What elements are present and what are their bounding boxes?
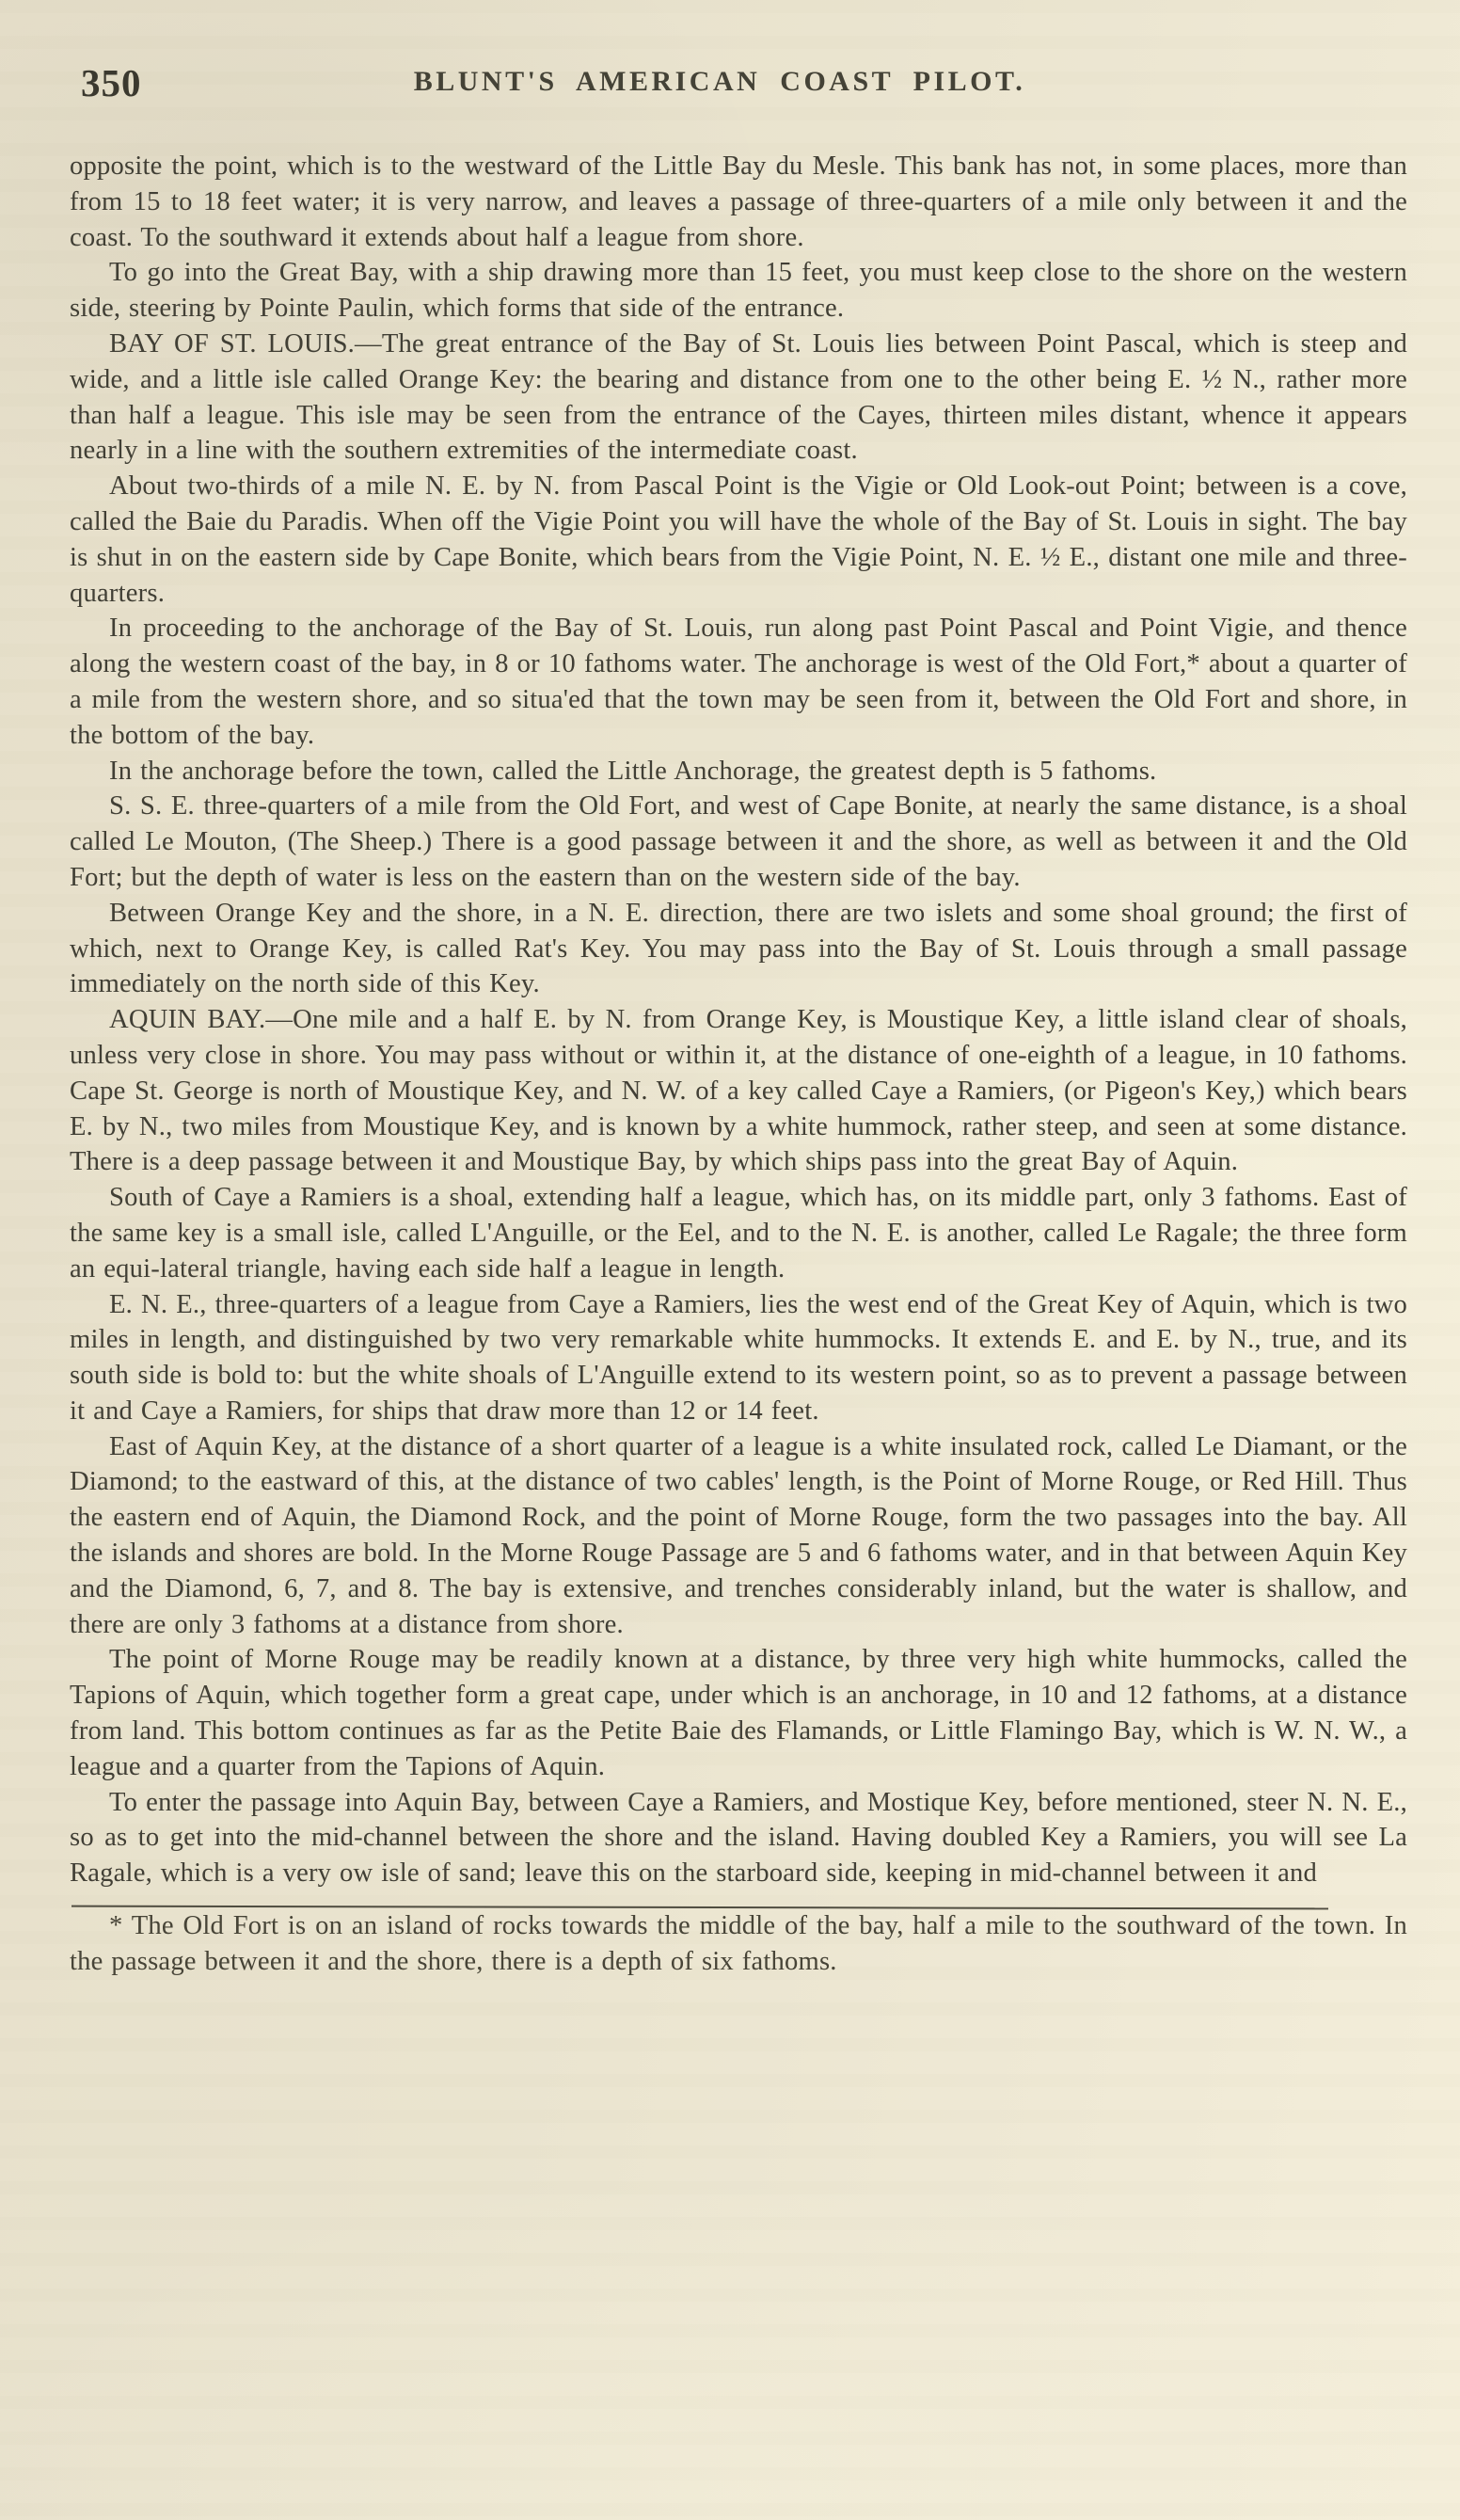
body-paragraph-10: South of Caye a Ramiers is a shoal, exte… bbox=[70, 1180, 1407, 1286]
body-paragraph-2: To go into the Great Bay, with a ship dr… bbox=[70, 255, 1407, 327]
body-paragraph-13: The point of Morne Rouge may be readily … bbox=[70, 1642, 1407, 1784]
body-paragraph-6: In the anchorage before the town, called… bbox=[70, 754, 1407, 789]
body-paragraph-9: AQUIN BAY.—One mile and a half E. by N. … bbox=[70, 1002, 1407, 1180]
body-paragraph-4: About two-thirds of a mile N. E. by N. f… bbox=[70, 469, 1407, 611]
body-paragraph-14: To enter the passage into Aquin Bay, bet… bbox=[70, 1785, 1407, 1891]
body-paragraph-7: S. S. E. three-quarters of a mile from t… bbox=[70, 789, 1407, 895]
page-body: opposite the point, which is to the west… bbox=[70, 149, 1407, 1980]
scanned-book-page: 350 BLUNT'S AMERICAN COAST PILOT. opposi… bbox=[0, 0, 1460, 2520]
body-paragraph-8: Between Orange Key and the shore, in a N… bbox=[70, 896, 1407, 1002]
body-paragraph-12: East of Aquin Key, at the distance of a … bbox=[70, 1429, 1407, 1643]
body-paragraph-5: In proceeding to the anchorage of the Ba… bbox=[70, 611, 1407, 753]
body-paragraph-1: opposite the point, which is to the west… bbox=[70, 149, 1407, 255]
page-header: 350 BLUNT'S AMERICAN COAST PILOT. bbox=[70, 55, 1407, 115]
body-paragraph-11: E. N. E., three-quarters of a league fro… bbox=[70, 1287, 1407, 1429]
body-paragraph-3: BAY OF ST. LOUIS.—The great entrance of … bbox=[70, 327, 1407, 469]
footnote-text: * The Old Fort is on an island of rocks … bbox=[70, 1908, 1407, 1980]
running-title: BLUNT'S AMERICAN COAST PILOT. bbox=[70, 66, 1370, 98]
